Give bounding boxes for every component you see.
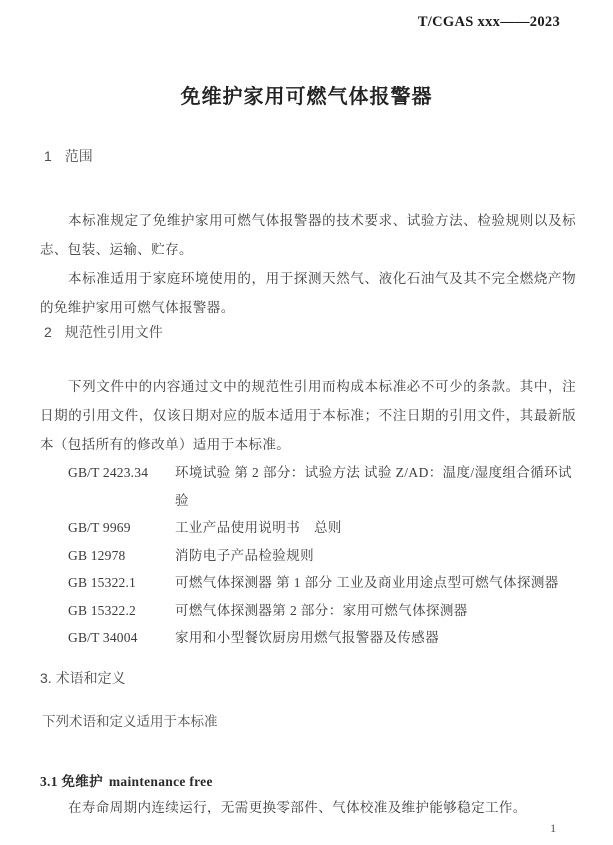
term-name-en: maintenance free — [109, 774, 213, 789]
reference-row: GB 15322.2 可燃气体探测器第 2 部分：家用可燃气体探测器 — [68, 597, 576, 625]
reference-code: GB 15322.1 — [68, 569, 175, 597]
reference-code: GB/T 2423.34 — [68, 459, 175, 514]
section-1-paragraph-1: 本标准规定了免维护家用可燃气体报警器的技术要求、试验方法、检验规则以及标志、包装… — [40, 206, 576, 264]
document-title: 免维护家用可燃气体报警器 — [0, 86, 613, 108]
reference-title: 家用和小型餐饮厨房用燃气报警器及传感器 — [175, 624, 576, 652]
reference-code: GB/T 9969 — [68, 514, 175, 542]
terms-intro: 下列术语和定义适用于本标准 — [42, 714, 613, 730]
term-number: 3.1 — [40, 774, 58, 789]
section-2-intro: 下列文件中的内容通过文中的规范性引用而构成本标准必不可少的条款。其中，注日期的引… — [40, 372, 576, 459]
reference-title: 消防电子产品检验规则 — [175, 542, 576, 570]
reference-row: GB/T 2423.34 环境试验 第 2 部分：试验方法 试验 Z/AD：温度… — [68, 459, 576, 514]
term-3-1-heading: 3.1 免维护maintenance free — [40, 774, 613, 790]
reference-code: GB 12978 — [68, 542, 175, 570]
page-number: 1 — [550, 823, 556, 835]
reference-row: GB/T 9969 工业产品使用说明书 总则 — [68, 514, 576, 542]
section-2-number: 2 — [44, 324, 52, 340]
section-3-heading: 3. 术语和定义 — [40, 670, 613, 686]
doc-code-header: T/CGAS xxx——2023 — [0, 0, 613, 30]
reference-title: 工业产品使用说明书 总则 — [175, 514, 576, 542]
reference-row: GB/T 34004 家用和小型餐饮厨房用燃气报警器及传感器 — [68, 624, 576, 652]
document-page: T/CGAS xxx——2023 免维护家用可燃气体报警器 1范围 本标准规定了… — [0, 0, 613, 845]
reference-code: GB 15322.2 — [68, 597, 175, 625]
reference-code: GB/T 34004 — [68, 624, 175, 652]
reference-title: 可燃气体探测器 第 1 部分 工业及商业用途点型可燃气体探测器 — [175, 569, 576, 597]
section-2-heading: 2规范性引用文件 — [44, 324, 613, 340]
term-3-1-definition: 在寿命周期内连续运行，无需更换零部件、气体校准及维护能够稳定工作。 — [40, 799, 576, 816]
section-1-paragraph-2: 本标准适用于家庭环境使用的，用于探测天然气、液化石油气及其不完全燃烧产物的免维护… — [40, 264, 576, 322]
section-2-title: 规范性引用文件 — [65, 324, 163, 340]
normative-references-list: GB/T 2423.34 环境试验 第 2 部分：试验方法 试验 Z/AD：温度… — [68, 459, 576, 652]
reference-title: 环境试验 第 2 部分：试验方法 试验 Z/AD：温度/湿度组合循环试验 — [175, 459, 576, 514]
section-1-title: 范围 — [65, 148, 93, 164]
reference-title: 可燃气体探测器第 2 部分：家用可燃气体探测器 — [175, 597, 576, 625]
reference-row: GB 12978 消防电子产品检验规则 — [68, 542, 576, 570]
section-1-heading: 1范围 — [44, 148, 613, 164]
term-name-zh: 免维护 — [61, 774, 102, 789]
reference-row: GB 15322.1 可燃气体探测器 第 1 部分 工业及商业用途点型可燃气体探… — [68, 569, 576, 597]
section-1-number: 1 — [44, 148, 52, 164]
